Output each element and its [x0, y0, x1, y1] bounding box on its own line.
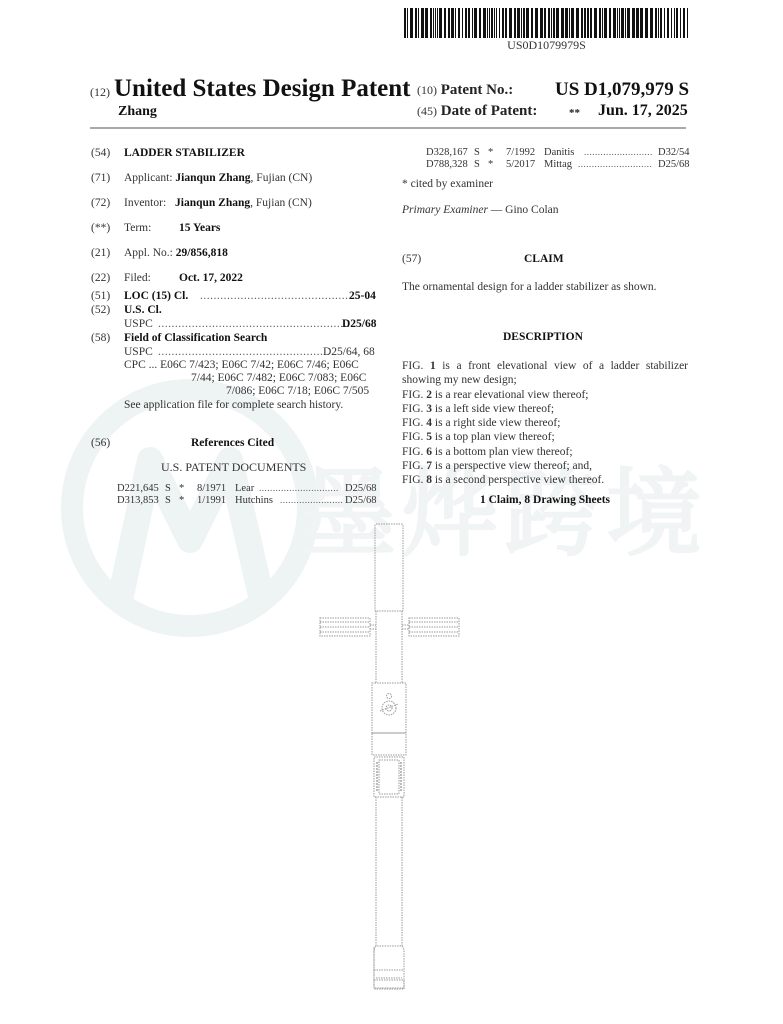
ladder-stabilizer-drawing: [0, 0, 783, 1024]
